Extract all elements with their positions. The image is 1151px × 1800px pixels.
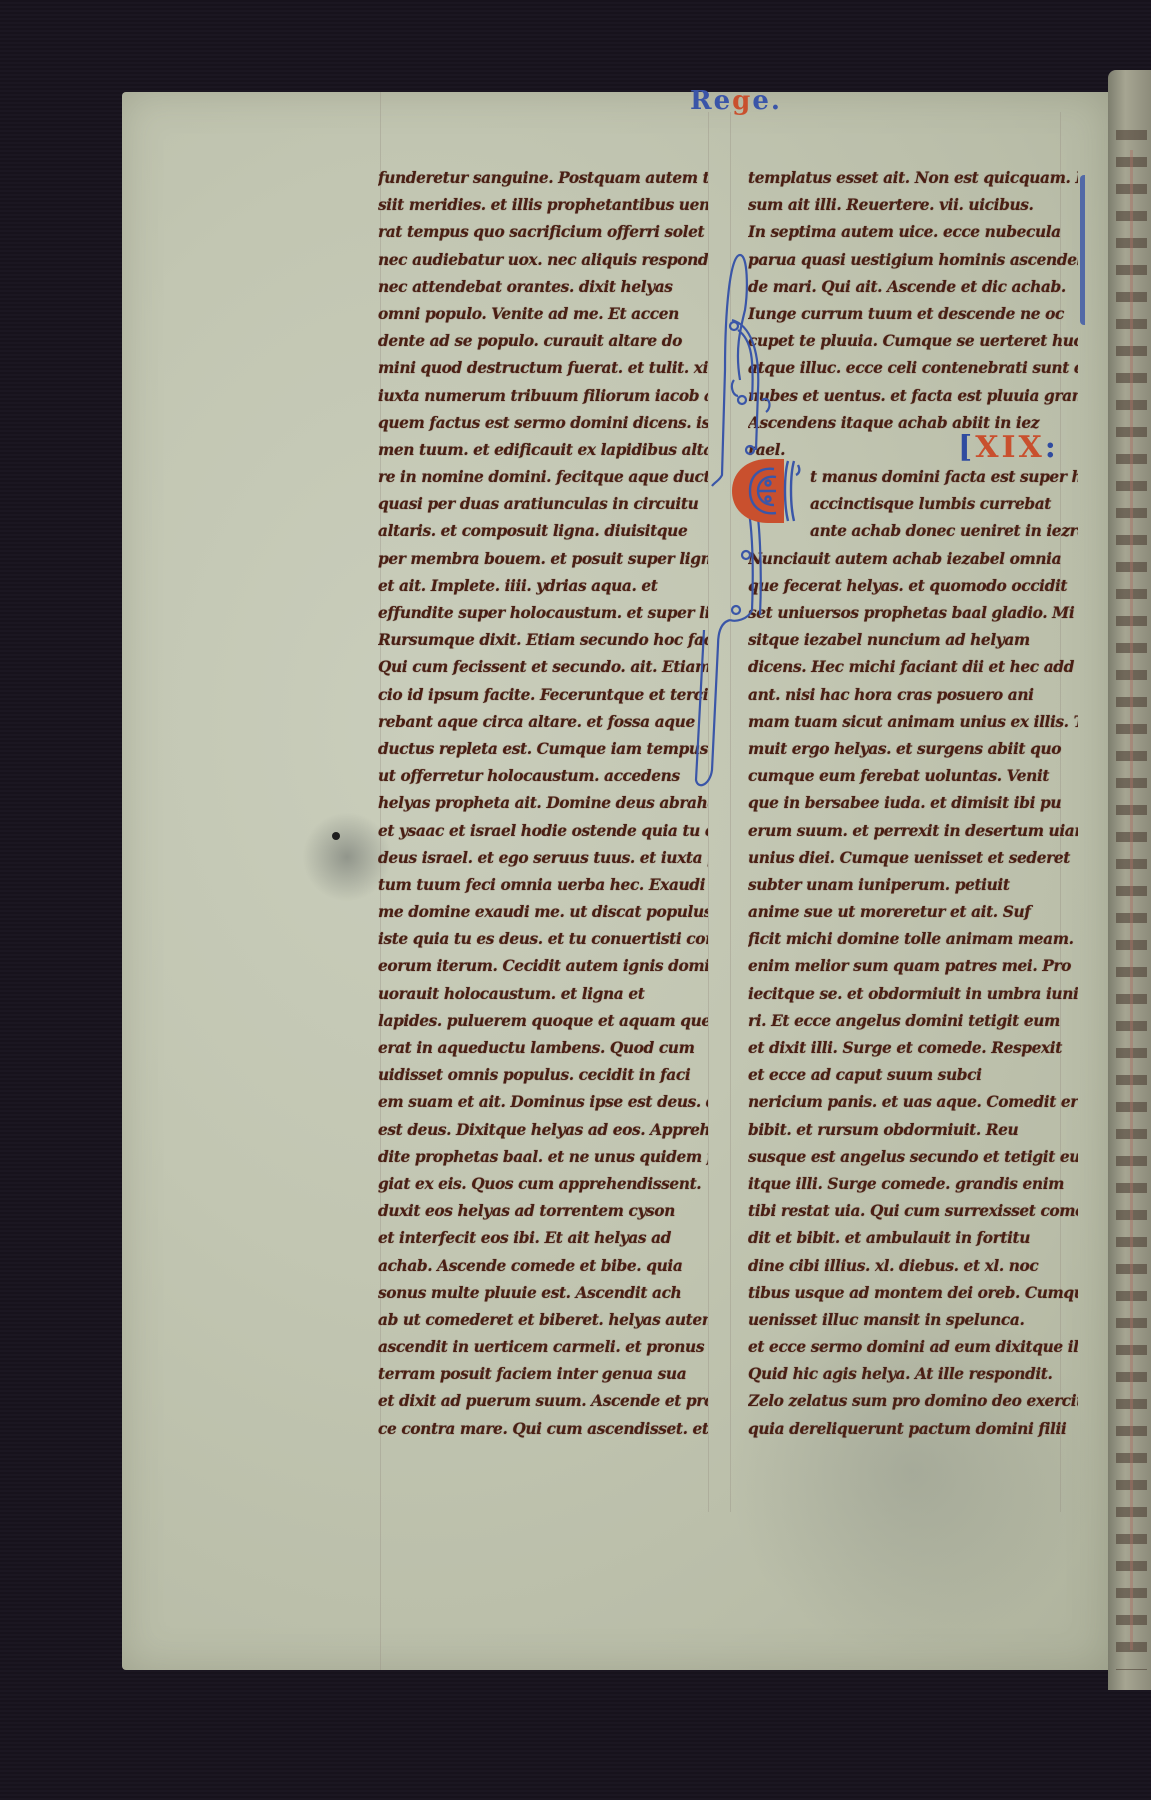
chapter-bracket-icon: [ [958,430,975,465]
manuscript-text-line: deus israel. et ego seruus tuus. et iuxt… [378,845,708,872]
manuscript-text-line: rebant aque circa altare. et fossa aque [378,709,708,736]
manuscript-text-line: ce contra mare. Qui cum ascendisset. et … [378,1416,708,1443]
manuscript-text-line: quia dereliquerunt pactum domini filii [748,1416,1078,1443]
manuscript-text-line: subter unam iuniperum. petiuit [748,872,1078,899]
manuscript-text-line: rat tempus quo sacrificium offerri solet [378,219,708,246]
manuscript-text-line: dente ad se populo. curauit altare do [378,328,708,355]
manuscript-text-line: est deus. Dixitque helyas ad eos. Appreh… [378,1117,708,1144]
manuscript-text-line: mini quod destructum fuerat. et tulit. x… [378,355,708,382]
manuscript-text-line: Zelo zelatus sum pro domino deo exercitu… [748,1388,1078,1415]
manuscript-text-line: dine cibi illius. xl. diebus. et xl. noc [748,1253,1078,1280]
manuscript-text-line: altaris. et composuit ligna. diuisitque [378,518,708,545]
manuscript-text-line: Qui cum fecissent et secundo. ait. Etiam… [378,654,708,681]
manuscript-text-line: ut offerretur holocaustum. accedens [378,763,708,790]
manuscript-text-line: ab ut comederet et biberet. helyas autem [378,1307,708,1334]
manuscript-text-line: et interfecit eos ibi. Et ait helyas ad [378,1225,708,1252]
manuscript-text-line: terram posuit faciem inter genua sua [378,1361,708,1388]
manuscript-text-line: iecitque se. et obdormiuit in umbra iuni… [748,981,1078,1008]
manuscript-text-line: duxit eos helyas ad torrentem cyson [378,1198,708,1225]
manuscript-text-line: ficit michi domine tolle animam meam. ne… [748,926,1078,953]
chapter-number: [XIX: [958,430,1059,465]
manuscript-text-line: et ecce ad caput suum subci [748,1062,1078,1089]
manuscript-text-line: tibi restat uia. Qui cum surrexisset com… [748,1198,1078,1225]
facing-page-edge [1108,70,1151,1690]
manuscript-text-line: et ait. Implete. iiii. ydrias aqua. et [378,573,708,600]
manuscript-text-line: erat in aqueductu lambens. Quod cum [378,1035,708,1062]
manuscript-text-line: lapides. puluerem quoque et aquam que [378,1008,708,1035]
manuscript-text-line: em suam et ait. Dominus ipse est deus. d… [378,1089,708,1116]
manuscript-text-line: nec attendebat orantes. dixit helyas [378,274,708,301]
manuscript-text-line: cio id ipsum facite. Feceruntque et terc… [378,682,708,709]
manuscript-text-line: dite prophetas baal. et ne unus quidem f… [378,1144,708,1171]
manuscript-text-line: iste quia tu es deus. et tu conuertisti … [378,926,708,953]
manuscript-text-line: anime sue ut moreretur et ait. Suf [748,899,1078,926]
marginal-blue-stroke [1080,175,1099,325]
facing-page-ruling [1130,150,1133,1650]
manuscript-text-line: unius diei. Cumque uenisset et sederet [748,845,1078,872]
manuscript-text-line: dit et bibit. et ambulauit in fortitu [748,1225,1078,1252]
manuscript-text-line: tum tuum feci omnia uerba hec. Exaudi [378,872,708,899]
manuscript-text-line: bibit. et rursum obdormiuit. Reu [748,1117,1078,1144]
manuscript-text-line: uenisset illuc mansit in spelunca. [748,1307,1078,1334]
manuscript-text-line: giat ex eis. Quos cum apprehendissent. [378,1171,708,1198]
manuscript-text-line: omni populo. Venite ad me. Et accen [378,301,708,328]
running-header-tail: e. [752,86,782,116]
manuscript-text-line: erum suum. et perrexit in desertum uiam [748,818,1078,845]
manuscript-text-line: sum ait illi. Reuertere. vii. uicibus. [748,192,1078,219]
text-column-left: funderetur sanguine. Postquam autem tras… [378,165,708,1443]
manuscript-text-line: et ysaac et israel hodie ostende quia tu… [378,818,708,845]
manuscript-text-line: achab. Ascende comede et bibe. quia [378,1253,708,1280]
chapter-colon-icon: : [1045,430,1059,465]
manuscript-text-line: enim melior sum quam patres mei. Pro [748,953,1078,980]
manuscript-text-line: et dixit illi. Surge et comede. Respexit [748,1035,1078,1062]
running-header-red: g [732,86,752,116]
running-header-blue: Re [690,86,732,116]
manuscript-text-line: et dixit ad puerum suum. Ascende et pros… [378,1388,708,1415]
manuscript-text-line: siit meridies. et illis prophetantibus u… [378,192,708,219]
manuscript-text-line: helyas propheta ait. Domine deus abraham [378,790,708,817]
manuscript-text-line: ascendit in uerticem carmeli. et pronus … [378,1334,708,1361]
manuscript-text-line: eorum iterum. Cecidit autem ignis domini… [378,953,708,980]
manuscript-text-line: Quid hic agis helya. At ille respondit. [748,1361,1078,1388]
manuscript-text-line: In septima autem uice. ecce nubecula [748,219,1078,246]
parchment-hole [332,832,340,840]
manuscript-text-line: Rursumque dixit. Etiam secundo hoc facit… [378,627,708,654]
manuscript-text-line: effundite super holocaustum. et super li… [378,600,708,627]
manuscript-text-line: re in nomine domini. fecitque aque ductu… [378,464,708,491]
chapter-number-text: XIX [975,430,1045,465]
manuscript-text-line: quem factus est sermo domini dicens. isr… [378,410,708,437]
decorated-initial-e-icon: E [728,455,802,527]
manuscript-text-line: me domine exaudi me. ut discat populus [378,899,708,926]
manuscript-text-line: iuxta numerum tribuum filiorum iacob ad [378,383,708,410]
running-header: Rege. [690,86,782,116]
manuscript-text-line: per membra bouem. et posuit super ligna [378,546,708,573]
manuscript-text-line: nec audiebatur uox. nec aliquis responde… [378,247,708,274]
manuscript-text-line: tibus usque ad montem dei oreb. Cumque [748,1280,1078,1307]
manuscript-text-line: nericium panis. et uas aque. Comedit erg… [748,1089,1078,1116]
manuscript-text-line: funderetur sanguine. Postquam autem tra [378,165,708,192]
manuscript-text-line: et ecce sermo domini ad eum dixitque ill… [748,1334,1078,1361]
manuscript-text-line: men tuum. et edificauit ex lapidibus alt… [378,437,708,464]
manuscript-text-line: itque illi. Surge comede. grandis enim [748,1171,1078,1198]
manuscript-text-line: sonus multe pluuie est. Ascendit ach [378,1280,708,1307]
manuscript-text-line: templatus esset ait. Non est quicquam. E… [748,165,1078,192]
manuscript-text-line: ductus repleta est. Cumque iam tempus es… [378,736,708,763]
manuscript-text-line: ri. Et ecce angelus domini tetigit eum [748,1008,1078,1035]
manuscript-text-line: uorauit holocaustum. et ligna et [378,981,708,1008]
manuscript-text-line: quasi per duas aratiunculas in circuitu [378,491,708,518]
manuscript-text-line: susque est angelus secundo et tetigit eu… [748,1144,1078,1171]
manuscript-text-line: uidisset omnis populus. cecidit in faci [378,1062,708,1089]
